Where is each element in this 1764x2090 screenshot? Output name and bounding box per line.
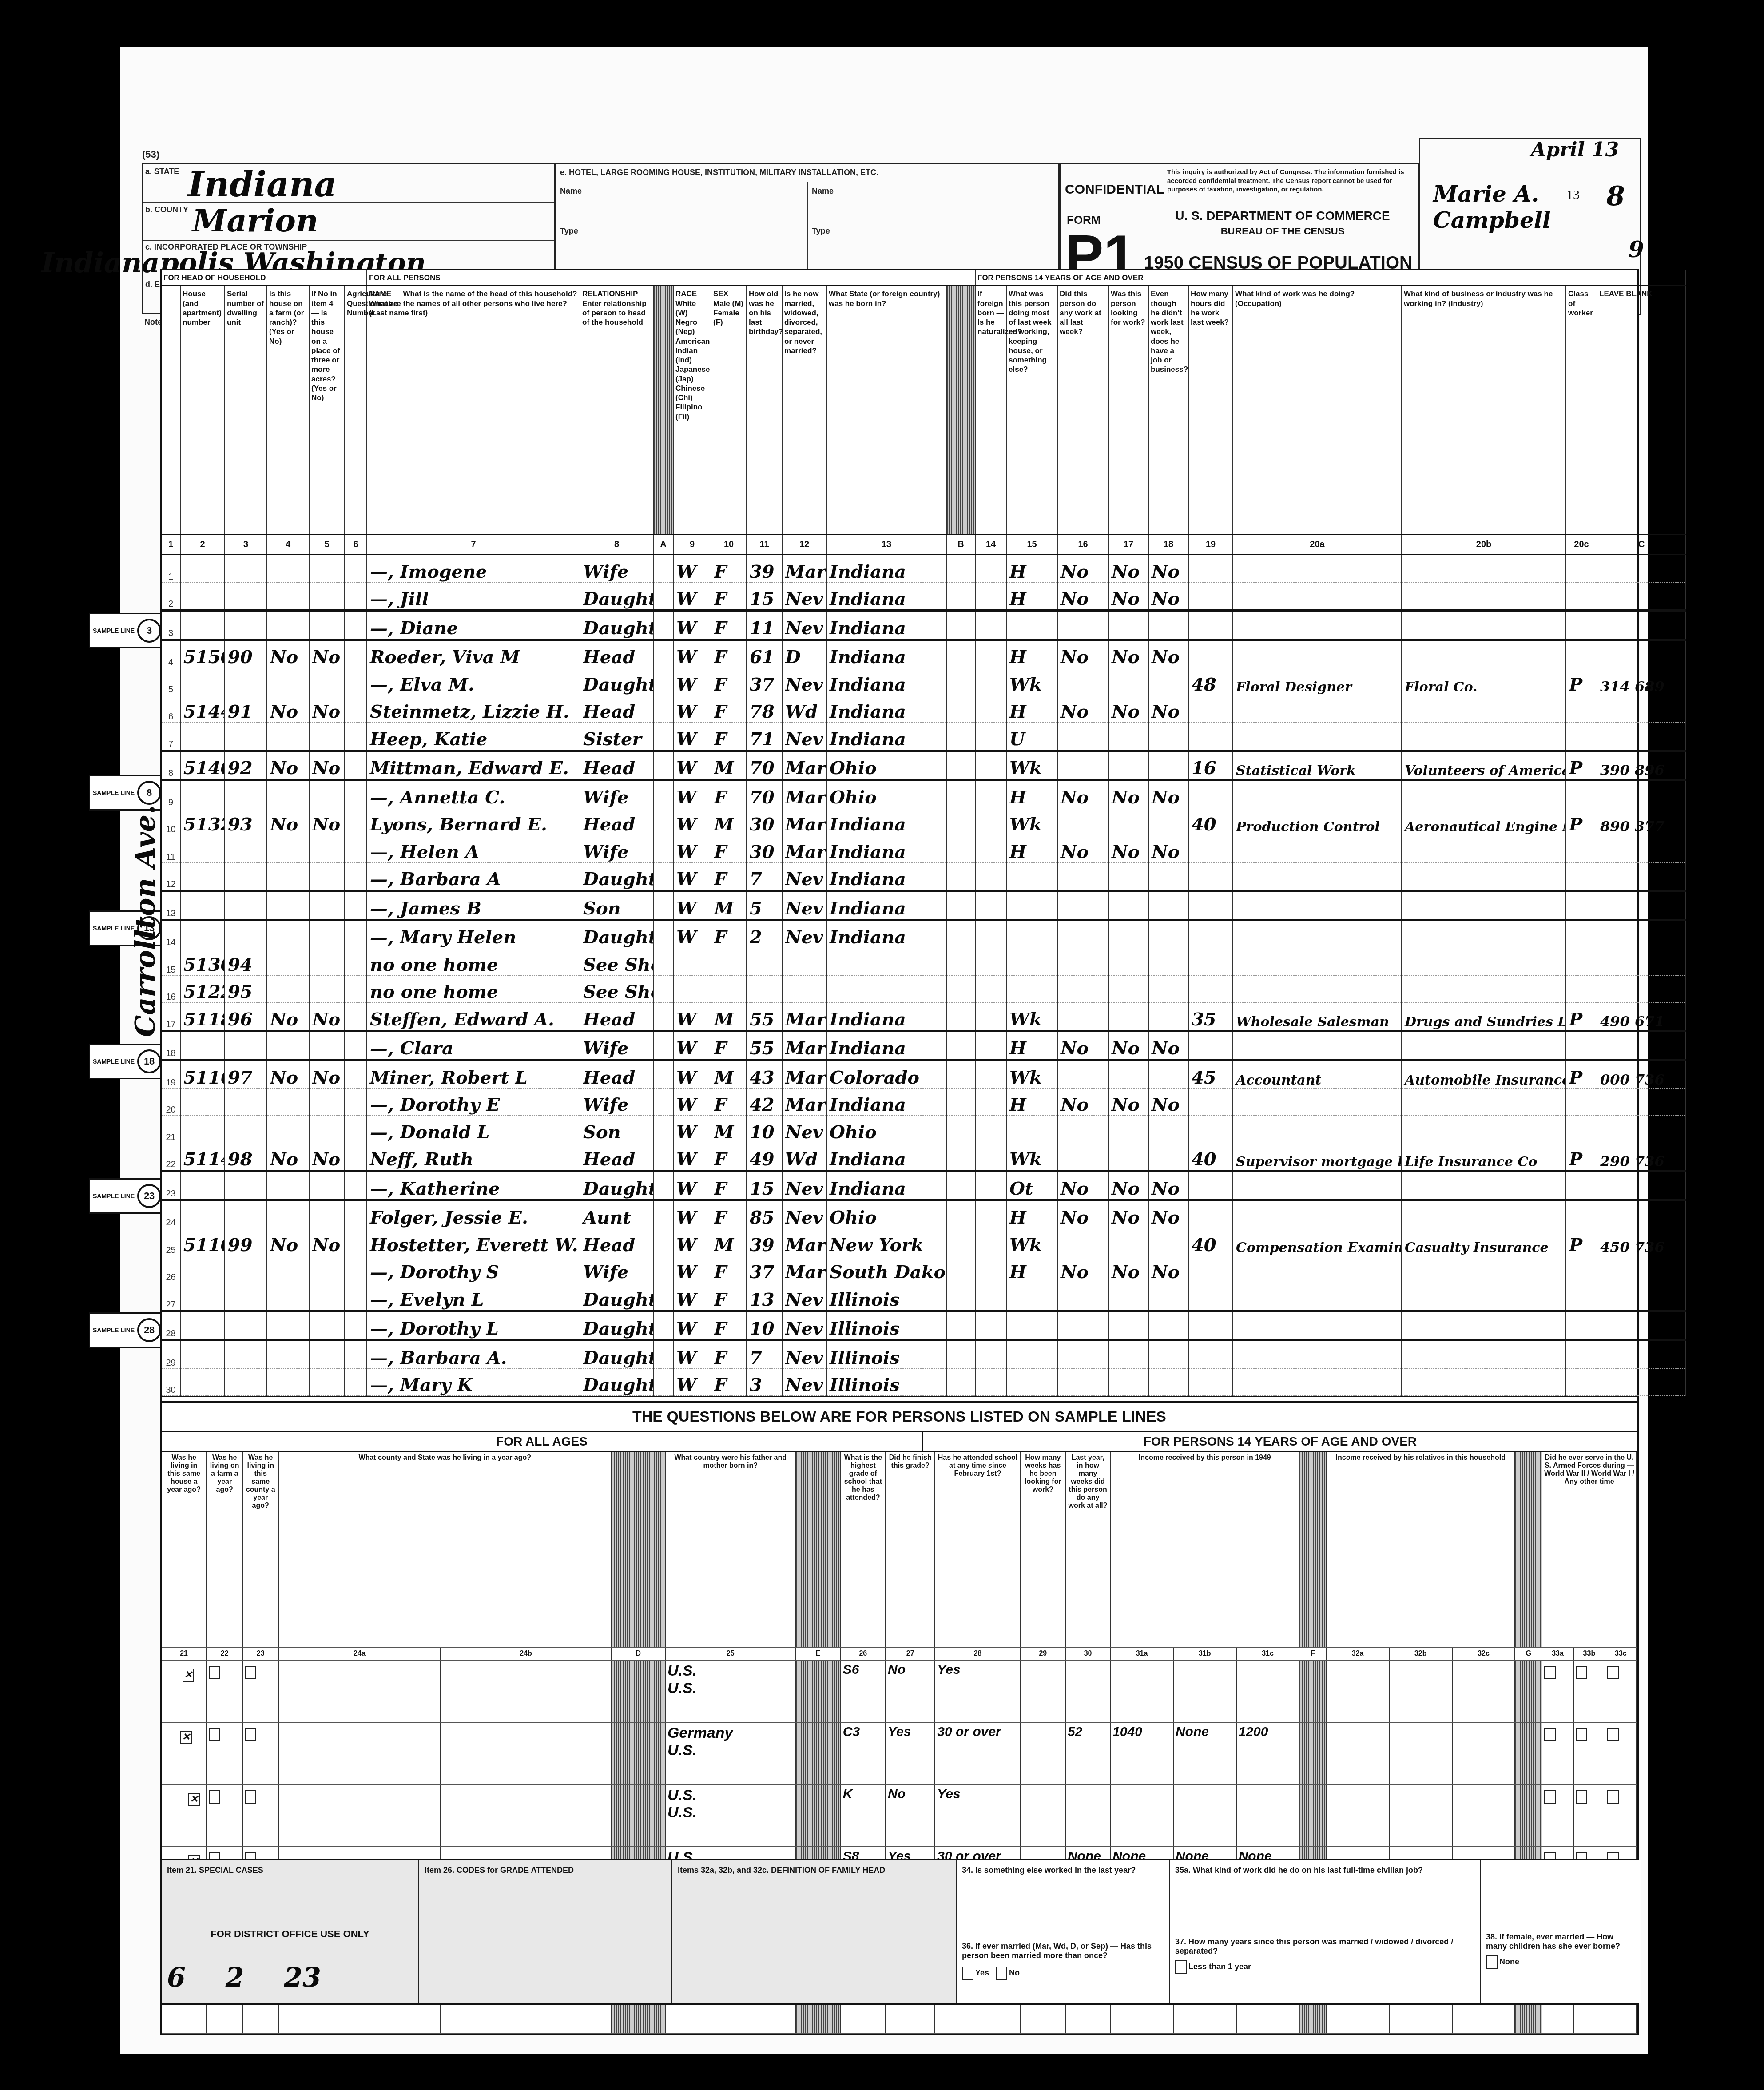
header-any-work: Did this person do any work at all last … xyxy=(1057,286,1108,535)
finish-grade[interactable]: No xyxy=(886,1784,935,1847)
class-of-worker xyxy=(1566,695,1597,723)
looking-for-work: No xyxy=(1108,1200,1148,1228)
activity xyxy=(1006,1368,1057,1396)
house-number xyxy=(180,723,225,751)
industry: Automobile Insurance Co. xyxy=(1402,1060,1566,1089)
name-label-1: Name xyxy=(560,187,582,196)
race: W xyxy=(673,1340,711,1369)
person-name: —, Imogene xyxy=(367,555,580,583)
relationship: Daughter xyxy=(580,862,653,891)
age xyxy=(747,948,782,976)
line-number: 23 xyxy=(162,1171,180,1200)
class-of-worker xyxy=(1566,611,1597,640)
race: W xyxy=(673,1116,711,1143)
person-name: —, Mary K xyxy=(367,1368,580,1396)
race: W xyxy=(673,891,711,920)
leave-blank-b xyxy=(946,1340,975,1369)
hours-worked xyxy=(1188,862,1233,891)
office-code xyxy=(1597,975,1686,1003)
acres-cell: No xyxy=(309,640,345,668)
county-cell xyxy=(278,1660,440,1722)
looking-for-work xyxy=(1108,668,1148,695)
naturalized xyxy=(975,1340,1006,1369)
class-of-worker xyxy=(1566,1340,1597,1369)
q21-checkbox[interactable]: S3✕ xyxy=(162,1660,207,1722)
hours-worked xyxy=(1188,1200,1233,1228)
marital-status: Nev xyxy=(782,1171,826,1200)
industry xyxy=(1402,1116,1566,1143)
line-number: 4 xyxy=(162,640,180,668)
leave-blank-a xyxy=(653,1228,673,1256)
any-work xyxy=(1057,1311,1108,1340)
leave-blank-a xyxy=(653,920,673,948)
class-of-worker xyxy=(1566,891,1597,920)
agri-cell xyxy=(345,1283,367,1311)
acres-cell xyxy=(309,1256,345,1283)
any-work xyxy=(1057,1143,1108,1171)
table-row: 1—, ImogeneWifeWF39MarIndianaHNoNoNo xyxy=(162,555,1686,583)
leave-blank-b xyxy=(946,835,975,863)
header-leave-blank-b xyxy=(946,286,975,535)
serial-number xyxy=(225,723,267,751)
race: W xyxy=(673,920,711,948)
footer-special-cases: Item 21. SPECIAL CASES FOR DISTRICT OFFI… xyxy=(162,1860,419,2003)
person-name: —, Barbara A. xyxy=(367,1340,580,1369)
sex xyxy=(711,975,747,1003)
parents-birthplace: U.S.U.S. xyxy=(665,1784,796,1847)
relationship: Daughter xyxy=(580,920,653,948)
q23-checkbox[interactable] xyxy=(242,1722,278,1784)
sex: F xyxy=(711,611,747,640)
acres-cell xyxy=(309,1088,345,1116)
activity xyxy=(1006,1116,1057,1143)
farm-cell xyxy=(267,1340,309,1369)
finish-grade[interactable]: No xyxy=(886,1660,935,1722)
industry xyxy=(1402,611,1566,640)
sex: F xyxy=(711,640,747,668)
column-number: 16 xyxy=(1057,535,1108,555)
serial-number xyxy=(225,1116,267,1143)
mother-birthplace: U.S. xyxy=(667,1804,794,1821)
leave-blank-b xyxy=(946,695,975,723)
looking-for-work xyxy=(1108,1228,1148,1256)
looking-for-work xyxy=(1108,948,1148,976)
farm-cell xyxy=(267,555,309,583)
leave-blank-a xyxy=(653,1003,673,1031)
serial-number xyxy=(225,1200,267,1228)
activity: H xyxy=(1006,1200,1057,1228)
column-number: 17 xyxy=(1108,535,1148,555)
type-label-2: Type xyxy=(812,226,830,236)
other-service[interactable] xyxy=(1605,1660,1637,1722)
sq-24: What county and State was he living in a… xyxy=(278,1452,611,1648)
age: 7 xyxy=(747,1340,782,1369)
column-number: 11 xyxy=(747,535,782,555)
column-number: 20b xyxy=(1402,535,1566,555)
looking-for-work xyxy=(1108,723,1148,751)
has-job xyxy=(1148,723,1188,751)
race: W xyxy=(673,723,711,751)
leave-blank-a xyxy=(653,1116,673,1143)
birthplace xyxy=(826,948,946,976)
industry xyxy=(1402,948,1566,976)
section-all-persons: FOR ALL PERSONS xyxy=(367,270,975,286)
column-number: 7 xyxy=(367,535,580,555)
occupation xyxy=(1233,920,1402,948)
marital-status: Mar xyxy=(782,808,826,835)
state-cell xyxy=(441,1660,612,1722)
occupation xyxy=(1233,1311,1402,1340)
any-work: No xyxy=(1057,582,1108,611)
leave-blank-a xyxy=(653,948,673,976)
line-number: 16 xyxy=(162,975,180,1003)
office-code xyxy=(1597,862,1686,891)
age: 49 xyxy=(747,1143,782,1171)
class-of-worker xyxy=(1566,582,1597,611)
other-service[interactable] xyxy=(1605,1722,1637,1784)
any-work xyxy=(1057,668,1108,695)
leave-blank-a xyxy=(653,582,673,611)
sex: F xyxy=(711,1200,747,1228)
naturalized xyxy=(975,640,1006,668)
industry xyxy=(1402,1283,1566,1311)
house-number: 5122 xyxy=(180,975,225,1003)
marital-status: Nev xyxy=(782,862,826,891)
q23-checkbox[interactable] xyxy=(242,1660,278,1722)
birthplace: Illinois xyxy=(826,1283,946,1311)
looking-for-work: No xyxy=(1108,1171,1148,1200)
any-work xyxy=(1057,1060,1108,1089)
class-of-worker xyxy=(1566,1283,1597,1311)
table-row: 18—, ClaraWifeWF55MarIndianaHNoNoNo xyxy=(162,1031,1686,1060)
has-job xyxy=(1148,1116,1188,1143)
line-number: 15 xyxy=(162,948,180,976)
birthplace: Indiana xyxy=(826,1031,946,1060)
office-code: 490 671 xyxy=(1597,1003,1686,1031)
farm-cell xyxy=(267,582,309,611)
looking-for-work xyxy=(1108,1311,1148,1340)
q22-checkbox[interactable] xyxy=(207,1660,242,1722)
industry: Casualty Insurance xyxy=(1402,1228,1566,1256)
acres-cell: No xyxy=(309,1060,345,1089)
activity xyxy=(1006,948,1057,976)
hours-worked xyxy=(1188,1116,1233,1143)
leave-blank-b xyxy=(946,975,975,1003)
activity: Wk xyxy=(1006,1143,1057,1171)
relationship: See Sheet 71 Line 21 xyxy=(580,975,653,1003)
hours-worked: 40 xyxy=(1188,1228,1233,1256)
birthplace: New York xyxy=(826,1228,946,1256)
farm-cell: No xyxy=(267,640,309,668)
column-number: 15 xyxy=(1006,535,1057,555)
line-number: 13 xyxy=(162,891,180,920)
sheet-number: 8 xyxy=(1606,181,1625,212)
sex: F xyxy=(711,1171,747,1200)
looking-for-work xyxy=(1108,1368,1148,1396)
activity: Wk xyxy=(1006,1228,1057,1256)
has-job xyxy=(1148,1060,1188,1089)
leave-blank-b xyxy=(946,751,975,780)
line-number: 17 xyxy=(162,1003,180,1031)
has-job xyxy=(1148,1340,1188,1369)
sex: M xyxy=(711,1116,747,1143)
hours-worked xyxy=(1188,1311,1233,1340)
age: 10 xyxy=(747,1311,782,1340)
marital-status: Wd xyxy=(782,695,826,723)
header-leave-blank-c: LEAVE BLANK xyxy=(1597,286,1686,535)
name-label-2: Name xyxy=(812,187,834,196)
occupation xyxy=(1233,975,1402,1003)
naturalized xyxy=(975,668,1006,695)
age: 61 xyxy=(747,640,782,668)
line-number: 19 xyxy=(162,1060,180,1089)
sq-22: Was he living on a farm a year ago? xyxy=(207,1452,242,1648)
office-code: 314 689 xyxy=(1597,668,1686,695)
column-numbers-row: 12345678A910111213B14151617181920a20b20c… xyxy=(162,535,1686,555)
ww1[interactable] xyxy=(1573,1722,1605,1784)
age: 7 xyxy=(747,862,782,891)
sample-column-number: 33a xyxy=(1542,1648,1573,1660)
less-than-year-checkbox[interactable] xyxy=(1175,1960,1187,1974)
industry: Aeronautical Engine Manufacture xyxy=(1402,808,1566,835)
q22-checkbox[interactable] xyxy=(207,1784,242,1847)
sq-27: Did he finish this grade? xyxy=(886,1452,935,1648)
table-row: 11—, Helen AWifeWF30MarIndianaHNoNoNo xyxy=(162,835,1686,863)
hours-worked xyxy=(1188,555,1233,583)
hours-worked xyxy=(1188,1340,1233,1369)
industry xyxy=(1402,920,1566,948)
q21-checkbox[interactable]: S13✕ xyxy=(162,1784,207,1847)
attended-school[interactable]: 30 or over xyxy=(935,1722,1020,1784)
relationship: Head xyxy=(580,1143,653,1171)
marital-status: Mar xyxy=(782,835,826,863)
hours-worked xyxy=(1188,1171,1233,1200)
occupation xyxy=(1233,1171,1402,1200)
sq-32: Income received by his relatives in this… xyxy=(1326,1452,1515,1648)
house-number xyxy=(180,780,225,808)
grade: K xyxy=(841,1784,886,1847)
leave-blank-a xyxy=(653,862,673,891)
ww2[interactable] xyxy=(1542,1660,1573,1722)
sq-21: Was he living in this same house a year … xyxy=(162,1452,207,1648)
sq-25: What country were his father and mother … xyxy=(665,1452,796,1648)
sex: F xyxy=(711,1088,747,1116)
occupation: Wholesale Salesman xyxy=(1233,1003,1402,1031)
agri-cell xyxy=(345,668,367,695)
birthplace: Ohio xyxy=(826,751,946,780)
occupation xyxy=(1233,948,1402,976)
agri-cell xyxy=(345,920,367,948)
race xyxy=(673,975,711,1003)
industry xyxy=(1402,1368,1566,1396)
sample-column-number: 24a xyxy=(278,1648,440,1660)
agri-cell xyxy=(345,948,367,976)
leave-blank-a xyxy=(653,723,673,751)
leave-blank-b xyxy=(946,1060,975,1089)
sample-column-number: 22 xyxy=(207,1648,242,1660)
ww1[interactable] xyxy=(1573,1784,1605,1847)
activity: H xyxy=(1006,555,1057,583)
person-name: Lyons, Bernard E. xyxy=(367,808,580,835)
hours-worked: 40 xyxy=(1188,1143,1233,1171)
occupation: Production Control xyxy=(1233,808,1402,835)
acres-cell: No xyxy=(309,1228,345,1256)
age: 78 xyxy=(747,695,782,723)
q36-no-checkbox[interactable] xyxy=(996,1967,1007,1980)
class-of-worker xyxy=(1566,1116,1597,1143)
house-number xyxy=(180,582,225,611)
hotel-label: e. HOTEL, LARGE ROOMING HOUSE, INSTITUTI… xyxy=(560,168,878,177)
industry xyxy=(1402,780,1566,808)
hours-worked: 40 xyxy=(1188,808,1233,835)
house-number: 5132 xyxy=(180,808,225,835)
self-income xyxy=(1173,1784,1236,1847)
county-cell xyxy=(278,1784,440,1847)
any-work: No xyxy=(1057,780,1108,808)
line-number: 24 xyxy=(162,1200,180,1228)
class-of-worker xyxy=(1566,640,1597,668)
q36-yes-checkbox[interactable] xyxy=(962,1967,973,1980)
class-of-worker: P xyxy=(1566,1003,1597,1031)
looking-for-work: No xyxy=(1108,835,1148,863)
naturalized xyxy=(975,611,1006,640)
house-number: 5114 xyxy=(180,1143,225,1171)
header-occupation: What kind of work was he doing? (Occupat… xyxy=(1233,286,1402,535)
hours-worked xyxy=(1188,780,1233,808)
farm-cell xyxy=(267,1368,309,1396)
marital-status: Nev xyxy=(782,723,826,751)
line-number: 29 xyxy=(162,1340,180,1369)
office-code xyxy=(1597,1116,1686,1143)
sex: M xyxy=(711,751,747,780)
county-value: Marion xyxy=(192,202,318,239)
acres-cell xyxy=(309,862,345,891)
farm-cell xyxy=(267,975,309,1003)
race: W xyxy=(673,1031,711,1060)
race: W xyxy=(673,668,711,695)
naturalized xyxy=(975,1116,1006,1143)
rel-other xyxy=(1452,1722,1515,1784)
activity: H xyxy=(1006,640,1057,668)
other-income: 1200 xyxy=(1236,1722,1299,1784)
leave-blank-b xyxy=(946,611,975,640)
occupation: Floral Designer xyxy=(1233,668,1402,695)
naturalized xyxy=(975,695,1006,723)
person-name: —, Katherine xyxy=(367,1171,580,1200)
sex: M xyxy=(711,1228,747,1256)
other-service[interactable] xyxy=(1605,1784,1637,1847)
q21-checkbox[interactable]: 18✕ xyxy=(162,1722,207,1784)
office-code xyxy=(1597,891,1686,920)
ww2[interactable] xyxy=(1542,1722,1573,1784)
acres-cell xyxy=(309,668,345,695)
age: 55 xyxy=(747,1003,782,1031)
ww1[interactable] xyxy=(1573,1660,1605,1722)
any-work xyxy=(1057,975,1108,1003)
sex: F xyxy=(711,1256,747,1283)
table-row: 25511099NoNoHostetter, Everett W.HeadWM3… xyxy=(162,1228,1686,1256)
finish-grade[interactable]: Yes xyxy=(886,1722,935,1784)
hours-worked xyxy=(1188,1031,1233,1060)
table-row: 9—, Annetta C.WifeWF70MarOhioHNoNoNo xyxy=(162,780,1686,808)
race: W xyxy=(673,611,711,640)
birthplace: Illinois xyxy=(826,1368,946,1396)
naturalized xyxy=(975,780,1006,808)
industry xyxy=(1402,695,1566,723)
industry xyxy=(1402,862,1566,891)
agri-cell xyxy=(345,555,367,583)
sheet-extra: 9 xyxy=(1629,236,1644,262)
leave-g xyxy=(1515,1722,1542,1784)
age: 70 xyxy=(747,751,782,780)
sex: M xyxy=(711,1003,747,1031)
relationship: Aunt xyxy=(580,1200,653,1228)
agri-cell xyxy=(345,1340,367,1369)
person-name: —, Jill xyxy=(367,582,580,611)
age: 30 xyxy=(747,835,782,863)
column-number: 12 xyxy=(782,535,826,555)
header-has-job: Even though he didn't work last week, do… xyxy=(1148,286,1188,535)
farm-cell xyxy=(267,1031,309,1060)
looking-for-work: No xyxy=(1108,640,1148,668)
acres-cell xyxy=(309,891,345,920)
q22-checkbox[interactable] xyxy=(207,1722,242,1784)
attended-school[interactable]: Yes xyxy=(935,1784,1020,1847)
has-job: No xyxy=(1148,1088,1188,1116)
naturalized xyxy=(975,835,1006,863)
leave-e xyxy=(796,1784,841,1847)
race: W xyxy=(673,1171,711,1200)
line-number: 11 xyxy=(162,835,180,863)
mother-birthplace: U.S. xyxy=(667,1680,794,1697)
agri-cell xyxy=(345,780,367,808)
relationship: Daughter xyxy=(580,1368,653,1396)
county-label: b. COUNTY xyxy=(145,205,188,215)
q23-checkbox[interactable] xyxy=(242,1784,278,1847)
column-number: C xyxy=(1597,535,1686,555)
looking-for-work: No xyxy=(1108,1088,1148,1116)
father-birthplace: U.S. xyxy=(667,1787,794,1804)
naturalized xyxy=(975,808,1006,835)
house-number: 5118 xyxy=(180,1003,225,1031)
looking-for-work xyxy=(1108,975,1148,1003)
birthplace: Indiana xyxy=(826,1171,946,1200)
ww2[interactable] xyxy=(1542,1784,1573,1847)
sq-33: Did he ever serve in the U. S. Armed For… xyxy=(1542,1452,1637,1648)
agri-cell xyxy=(345,1200,367,1228)
sample-column-numbers: 21222324a24bD25E262728293031a31b31cF32a3… xyxy=(162,1648,1637,1660)
has-job: No xyxy=(1148,1200,1188,1228)
race: W xyxy=(673,780,711,808)
enumerator-number: 13 xyxy=(1566,187,1580,203)
attended-school[interactable]: Yes xyxy=(935,1660,1020,1722)
serial-number xyxy=(225,920,267,948)
header-relationship: RELATIONSHIP — Enter relationship of per… xyxy=(580,286,653,535)
farm-cell xyxy=(267,1200,309,1228)
looking-for-work: No xyxy=(1108,555,1148,583)
department: U. S. DEPARTMENT OF COMMERCE xyxy=(1149,209,1416,223)
sex: F xyxy=(711,668,747,695)
race xyxy=(673,948,711,976)
children-none-checkbox[interactable] xyxy=(1486,1955,1498,1969)
looking-for-work xyxy=(1108,808,1148,835)
class-of-worker xyxy=(1566,1311,1597,1340)
table-row: 10513293NoNoLyons, Bernard E.HeadWM30Mar… xyxy=(162,808,1686,835)
serial-number: 98 xyxy=(225,1143,267,1171)
marital-status: Nev xyxy=(782,1340,826,1369)
header-race: RACE — White (W) Negro (Neg) American In… xyxy=(673,286,711,535)
class-of-worker xyxy=(1566,1368,1597,1396)
